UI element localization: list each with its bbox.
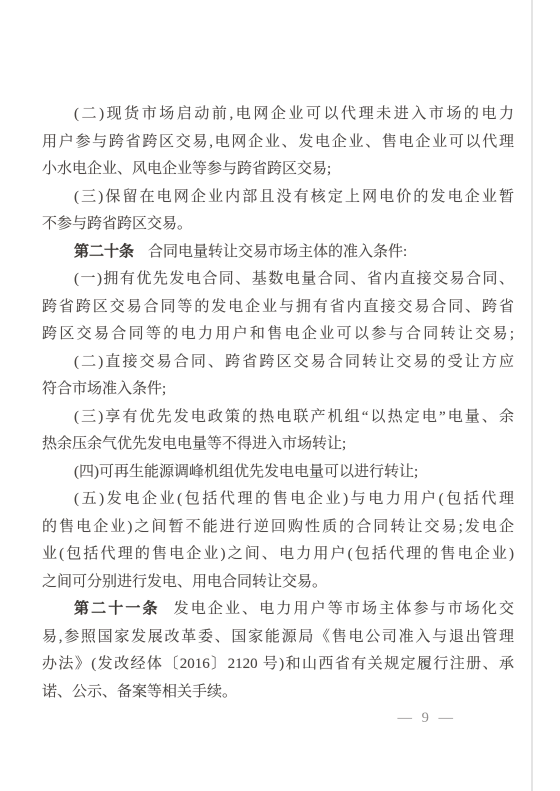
text-line: 用户参与跨省跨区交易,电网企业、发电企业、售电企业可以代理 [42,129,514,157]
text-line: 小水电企业、风电企业等参与跨省跨区交易; [42,156,514,184]
scanned-document-page: (二)现货市场启动前,电网企业可以代理未进入市场的电力 用户参与跨省跨区交易,电… [0,0,560,791]
article-title: 发电企业、电力用户等市场主体参与市场化交 [174,601,514,617]
text-line: 之间可分别进行发电、用电合同转让交易。 [42,569,514,597]
text-line: (一)拥有优先发电合同、基数电量合同、省内直接交易合同、 [42,266,514,294]
article-20-heading: 第二十条合同电量转让交易市场主体的准入条件: [42,239,514,267]
page-number: — 9 — [0,705,456,732]
text-line: 的售电企业)之间暂不能进行逆回购性质的合同转让交易;发电企 [42,514,514,542]
scan-edge-artifact [531,0,533,791]
text-line: (二)现货市场启动前,电网企业可以代理未进入市场的电力 [42,101,514,129]
text-line: (五)发电企业(包括代理的售电企业)与电力用户(包括代理 [42,486,514,514]
text-line: 不参与跨省跨区交易。 [42,211,514,239]
text-line: 办法》(发改经体〔2016〕2120 号)和山西省有关规定履行注册、承 [42,651,514,679]
document-text-block: (二)现货市场启动前,电网企业可以代理未进入市场的电力 用户参与跨省跨区交易,电… [42,101,514,706]
text-line: 易,参照国家发展改革委、国家能源局《售电公司准入与退出管理 [42,624,514,652]
text-line: 业(包括代理的售电企业)之间、电力用户(包括代理的售电企业) [42,541,514,569]
text-line: 诺、公示、备案等相关手续。 [42,679,514,707]
article-number: 第二十条 [74,244,134,260]
text-line: (二)直接交易合同、跨省跨区交易合同转让交易的受让方应 [42,349,514,377]
text-line: 跨省跨区交易合同等的发电企业与拥有省内直接交易合同、跨省 [42,294,514,322]
text-line: (三)保留在电网企业内部且没有核定上网电价的发电企业暂 [42,184,514,212]
text-line: 热余压余气优先发电电量等不得进入市场转让; [42,431,514,459]
text-line: (四)可再生能源调峰机组优先发电电量可以进行转让; [42,459,514,487]
article-21-heading: 第二十一条发电企业、电力用户等市场主体参与市场化交 [42,596,514,624]
article-title: 合同电量转让交易市场主体的准入条件: [148,244,407,260]
text-line: 跨区交易合同等的电力用户和售电企业可以参与合同转让交易; [42,321,514,349]
text-line: (三)享有优先发电政策的热电联产机组“以热定电”电量、余 [42,404,514,432]
article-number: 第二十一条 [74,601,160,617]
text-line: 符合市场准入条件; [42,376,514,404]
